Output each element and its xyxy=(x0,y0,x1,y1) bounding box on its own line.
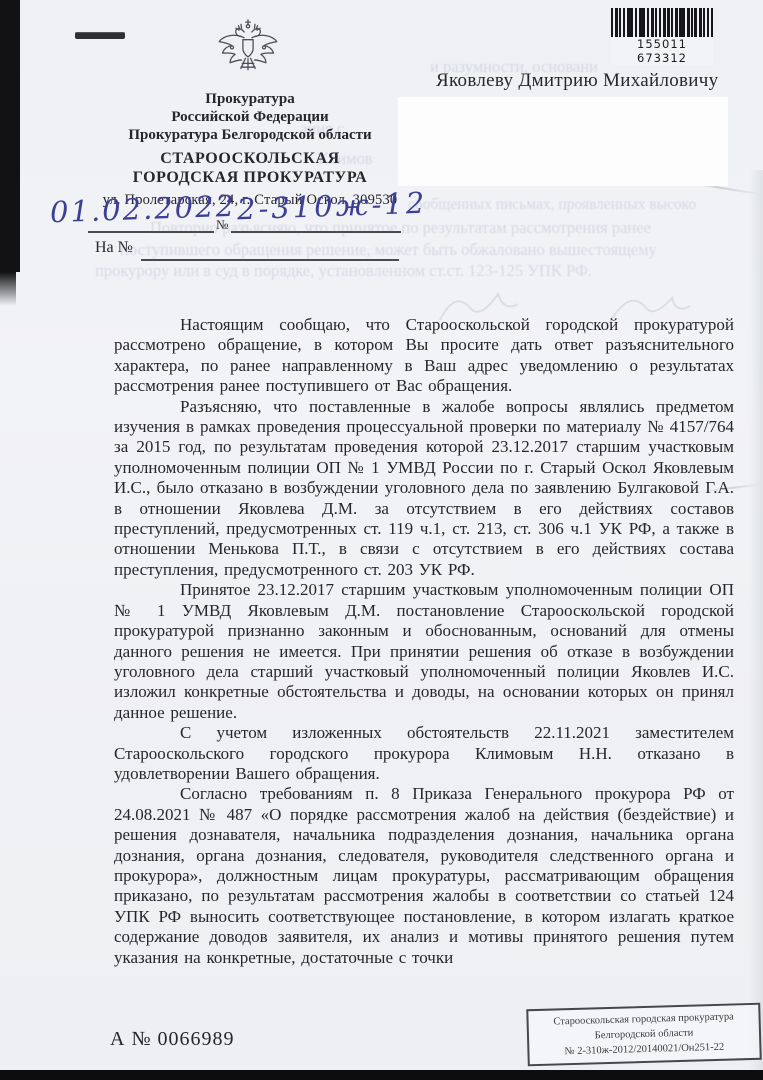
registration-stamp: Старооскольская городская прокуратура Бе… xyxy=(526,1003,762,1067)
bleedthrough-line: прокурору или в суд в порядке, установле… xyxy=(95,261,592,281)
body-paragraph: Принятое 23.12.2017 старшим участковым у… xyxy=(114,580,734,723)
scan-border-left-fade xyxy=(0,272,16,306)
bleedthrough-line: поступившего обращения решение, может бы… xyxy=(120,240,657,260)
scan-border-left xyxy=(0,0,20,272)
redacted-address-box xyxy=(398,97,728,186)
body-paragraph: Настоящим сообщаю, что Старооскольской г… xyxy=(114,315,734,397)
scanned-letter-page: 155011 673312 и разумности, основани ани… xyxy=(0,0,763,1080)
letterhead-parent-line-3: Прокуратура Белгородской области xyxy=(92,126,408,144)
paper-edge-shadow xyxy=(749,170,763,1070)
letterhead-org-line-1: СТАРООСКОЛЬСКАЯ xyxy=(92,149,408,168)
handwritten-date: 01.02.2022 xyxy=(49,189,236,229)
body-paragraph: С учетом изложенных обстоятельств 22.11.… xyxy=(114,723,734,784)
handwritten-outgoing-number: 2-310ж-12 xyxy=(236,186,427,227)
body-paragraph: Разъясняю, что поставленные в жалобе воп… xyxy=(114,397,734,581)
bleedthrough-line: сообщенных письмах, проявленных высоко xyxy=(408,196,696,214)
letterhead-parent-line-1: Прокуратура xyxy=(92,90,408,108)
barcode: 155011 673312 xyxy=(611,8,713,65)
scan-artifact-line xyxy=(75,32,125,39)
letterhead-org-line-2: ГОРОДСКАЯ ПРОКУРАТУРА xyxy=(92,168,408,187)
scan-border-bottom xyxy=(0,1070,763,1080)
barcode-digits: 155011 673312 xyxy=(611,37,713,65)
reply-ref-underline xyxy=(141,259,399,261)
letterhead-parent-line-2: Российской Федерации xyxy=(92,108,408,126)
bleedthrough-line: и разумности, основани xyxy=(430,57,598,77)
letter-body: Настоящим сообщаю, что Старооскольской г… xyxy=(114,315,734,968)
barcode-icon xyxy=(611,8,713,39)
russia-coat-of-arms-icon xyxy=(216,17,280,79)
number-underline xyxy=(231,231,401,233)
date-underline xyxy=(88,231,214,233)
form-serial-number: А № 0066989 xyxy=(110,1028,235,1051)
body-paragraph: Согласно требованиям п. 8 Приказа Генера… xyxy=(114,784,734,968)
